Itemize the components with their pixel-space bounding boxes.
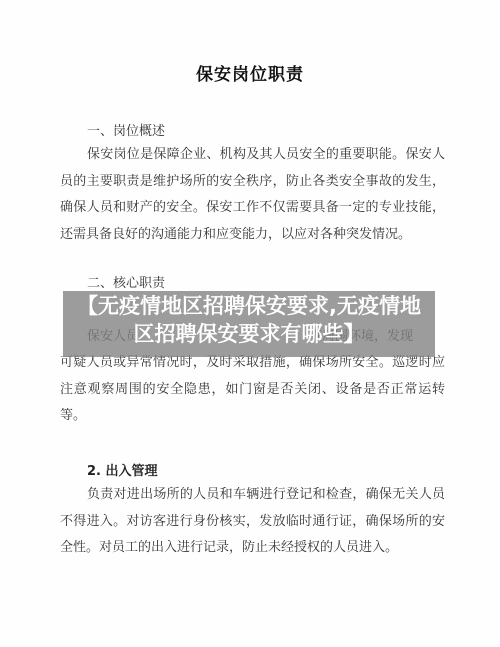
overlay-title-line1: 【无疫情地区招聘保安要求,无疫情地 [63,292,435,320]
document-title: 保安岗位职责 [0,60,500,85]
section-paragraph-core-duties: 可疑人员或异常情况时，及时采取措施，确保场所安全。巡逻时应注意观察周围的安全隐患… [60,350,445,430]
overlay-title-line2: 区招聘保安要求有哪些】 [63,320,435,348]
section-paragraph-access-control: 负责对进出场所的人员和车辆进行登记和检查，确保无关人员不得进入。对访客进行身份核… [60,482,445,562]
section-heading-overview: 一、岗位概述 [87,120,165,139]
section-heading-core-duties: 二、核心职责 [87,272,165,291]
document-page: 保安岗位职责 一、岗位概述 保安岗位是保障企业、机构及其人员安全的重要职能。保安… [0,0,500,647]
overlay-title: 【无疫情地区招聘保安要求,无疫情地 区招聘保安要求有哪些】 [63,292,435,348]
section-heading-access-control: 2. 出入管理 [87,460,158,479]
section-paragraph-overview: 保安岗位是保障企业、机构及其人员安全的重要职能。保安人员的主要职责是维护场所的安… [60,142,445,248]
